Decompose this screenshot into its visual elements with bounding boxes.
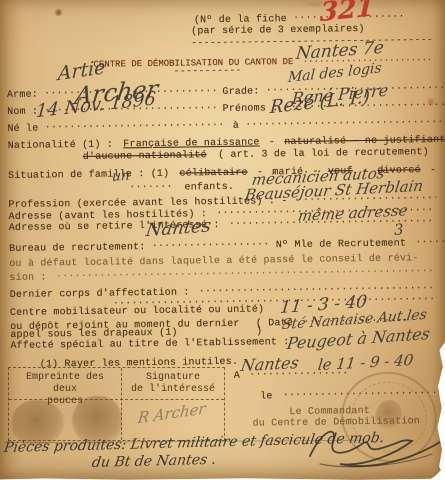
grade-label: Grade: bbox=[222, 86, 259, 98]
nationality-option-naturalise: naturalisé - ne justifiant bbox=[284, 135, 445, 148]
commandant-signature bbox=[300, 414, 445, 474]
children-row: ........................................… bbox=[129, 179, 234, 194]
option-celibataire: célibataire bbox=[179, 168, 247, 180]
signature-header: Signature de l'intéressé bbox=[125, 372, 221, 396]
demobilization-form-scan: (Nº de la fiche ........................… bbox=[0, 0, 445, 480]
recruitment-row: Bureau de recrutement: .................… bbox=[9, 235, 445, 255]
children-label: enfants. bbox=[184, 182, 234, 194]
signing-place-value: Nantes bbox=[239, 353, 300, 375]
conseil-label: sion : bbox=[9, 272, 46, 284]
nom-label: Nom : bbox=[7, 107, 38, 118]
mle-label: Nº Mle de Recrutement bbox=[276, 238, 406, 251]
mle-value: 3 bbox=[393, 220, 404, 239]
birth-label: Né le bbox=[7, 124, 38, 135]
dotted-leader: ........................................… bbox=[45, 118, 227, 132]
title-underline: ----------------------------------------… bbox=[174, 66, 240, 81]
nationality-option-aucune: d'aucune nationalité bbox=[83, 150, 207, 163]
nationality-label: Nationalité (1) : bbox=[8, 140, 114, 152]
arme-label: Arme: bbox=[7, 90, 38, 101]
spacer bbox=[184, 334, 250, 335]
paper-smudge bbox=[300, 0, 330, 8]
nationality-law-ref: ( art. 3 de la loi de recrutement) bbox=[218, 147, 429, 161]
bureau-label: Bureau de recrutement: bbox=[9, 242, 146, 255]
footer-note-line-2: du Bt de Nantes . bbox=[91, 452, 217, 471]
nationality-option-native: Française de naissance bbox=[123, 137, 260, 150]
separator-dash: - bbox=[269, 137, 275, 148]
separator-dash: - bbox=[430, 165, 436, 176]
children-count-value: un bbox=[111, 167, 130, 185]
red-stain bbox=[427, 96, 435, 107]
closing-paren: ) bbox=[256, 326, 262, 337]
le-label: le bbox=[260, 391, 273, 402]
dotted-leader: ........................................… bbox=[415, 235, 445, 246]
ink-stain bbox=[54, 8, 63, 17]
dotted-leader: ........................................… bbox=[129, 180, 173, 192]
birth-at-label: à bbox=[233, 121, 239, 132]
